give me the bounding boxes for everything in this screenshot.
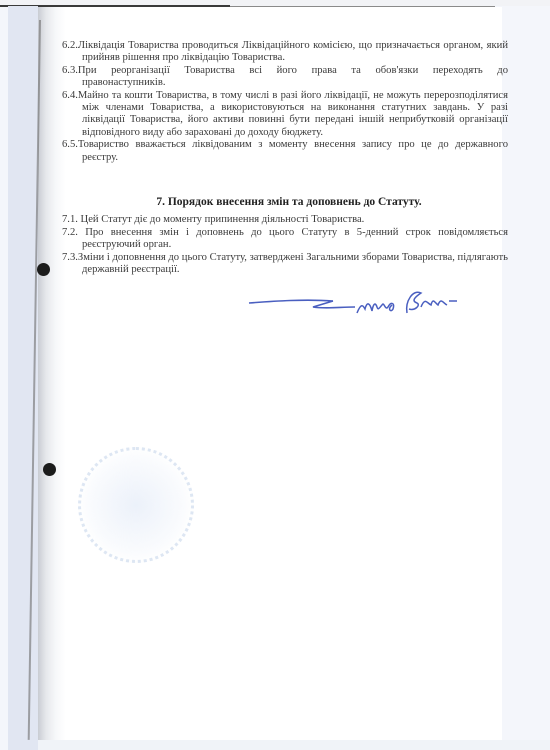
clause-text: Ліквідація Товариства проводиться Ліквід… <box>78 40 508 63</box>
clause-text: Про внесення змін і доповнень до цього С… <box>82 227 508 250</box>
handwritten-signature <box>245 283 485 323</box>
clause-text: При реорганізації Товариства всі його пр… <box>78 65 508 88</box>
clause-7-1: 7.1. Цей Статут діє до моменту припиненн… <box>62 214 508 226</box>
scan-right-margin <box>502 7 550 750</box>
clause-6-5: 6.5.Товариство вважається ліквідованим з… <box>62 139 508 164</box>
faded-stamp-seal <box>78 447 194 563</box>
clause-text: Зміни і доповнення до цього Статуту, зат… <box>78 252 508 275</box>
section-7-heading: 7. Порядок внесення змін та доповнень до… <box>62 196 508 208</box>
clause-text: Майно та кошти Товариства, в тому числі … <box>78 90 508 138</box>
scan-bottom-margin <box>38 740 550 750</box>
clause-6-4: 6.4.Майно та кошти Товариства, в тому чи… <box>62 90 508 140</box>
clause-number: 6.4. <box>62 90 78 101</box>
clause-number: 7.1. <box>62 214 81 225</box>
clause-6-3: 6.3.При реорганізації Товариства всі йог… <box>62 65 508 90</box>
clause-text: Товариство вважається ліквідованим з мом… <box>78 139 508 162</box>
punch-hole-bottom <box>43 463 56 476</box>
clause-text: Цей Статут діє до моменту припинення дія… <box>81 214 365 225</box>
punch-hole-top <box>37 263 50 276</box>
clause-number: 6.3. <box>62 65 78 76</box>
clause-7-3: 7.3.Зміни і доповнення до цього Статуту,… <box>62 252 508 277</box>
clause-number: 7.2. <box>62 227 85 238</box>
clause-number: 6.2. <box>62 40 78 51</box>
document-text: 6.2.Ліквідація Товариства проводиться Лі… <box>62 40 508 277</box>
clause-number: 7.3. <box>62 252 78 263</box>
clause-6-2: 6.2.Ліквідація Товариства проводиться Лі… <box>62 40 508 65</box>
clause-7-2: 7.2. Про внесення змін і доповнень до ць… <box>62 227 508 252</box>
clause-number: 6.5. <box>62 139 78 150</box>
